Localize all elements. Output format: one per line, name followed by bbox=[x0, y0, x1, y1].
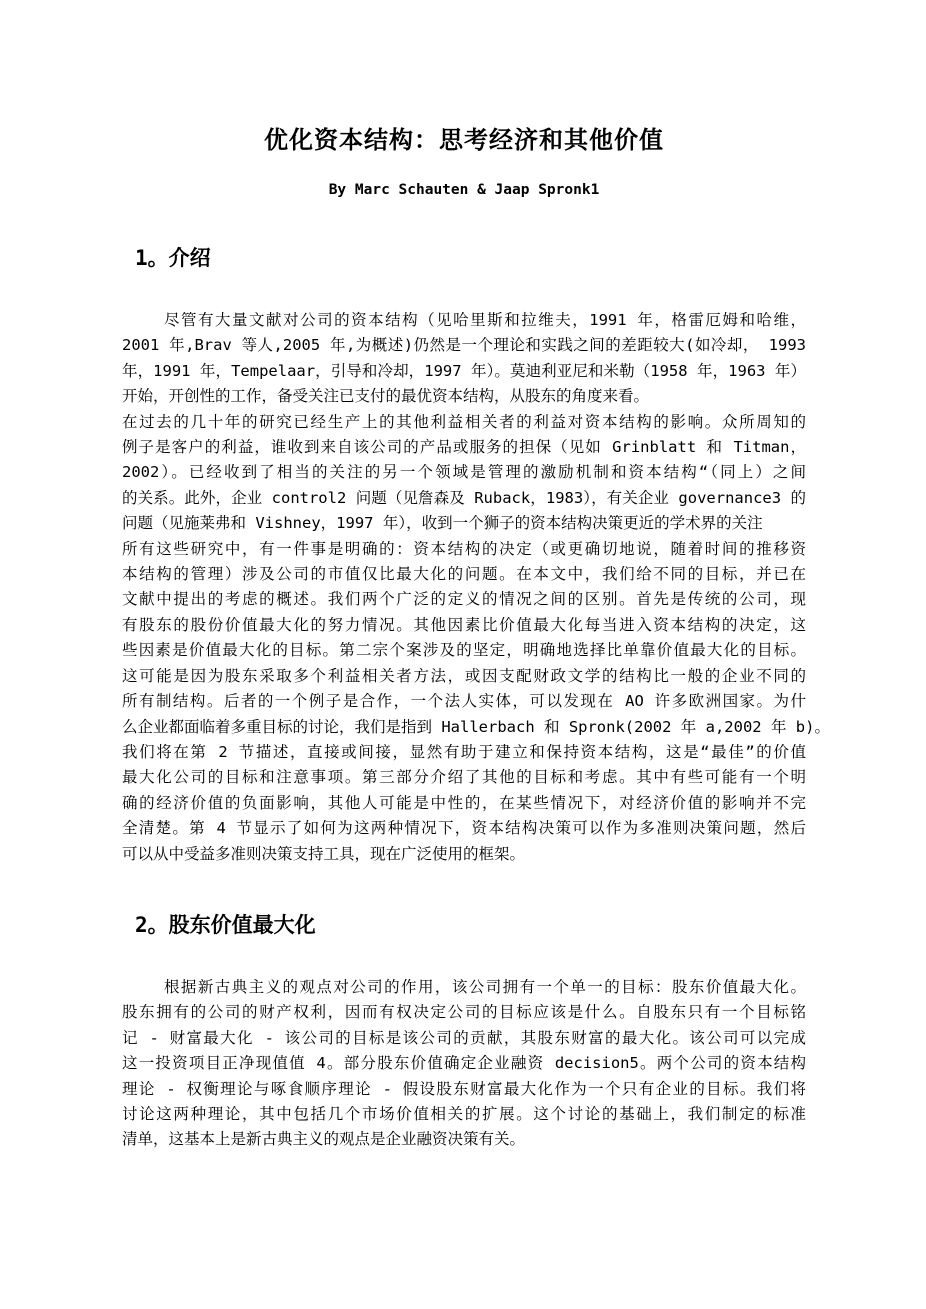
document-section: 2。股东价值最大化根据新古典主义的观点对公司的作用，该公司拥有一个单一的目标：股… bbox=[122, 911, 806, 1153]
document-title: 优化资本结构：思考经济和其他价值 bbox=[122, 124, 806, 156]
text-line: 这可能是因为股东采取多个利益相关者方法，或因支配财政文学的结构比一般的企业不同的 bbox=[122, 664, 806, 689]
text-line: 所有制结构。后者的一个例子是合作，一个法人实体，可以发现在 AO 许多欧洲国家。… bbox=[122, 689, 806, 714]
paragraph: 根据新古典主义的观点对公司的作用，该公司拥有一个单一的目标：股东价值最大化。股东… bbox=[122, 975, 806, 1153]
document-section: 1。介绍尽管有大量文献对公司的资本结构（见哈里斯和拉维夫，1991 年，格雷厄姆… bbox=[122, 244, 806, 867]
section-heading: 2。股东价值最大化 bbox=[122, 911, 806, 939]
text-line: 例子是客户的利益，谁收到来自该公司的产品或服务的担保（见如 Grinblatt … bbox=[122, 435, 806, 460]
text-line: 股东拥有的公司的财产权利，因而有权决定公司的目标应该是什么。自股东只有一个目标铭 bbox=[122, 1000, 806, 1025]
text-line: 所有这些研究中，有一件事是明确的：资本结构的决定（或更确切地说，随着时间的推移资 bbox=[122, 537, 806, 562]
document-body: 1。介绍尽管有大量文献对公司的资本结构（见哈里斯和拉维夫，1991 年，格雷厄姆… bbox=[122, 244, 806, 1153]
text-line: 2002）。已经收到了相当的关注的另一个领域是管理的激励机制和资本结构“（同上）… bbox=[122, 460, 806, 485]
text-line: 这一投资项目正净现值值 4。部分股东价值确定企业融资 decision5。两个公… bbox=[122, 1051, 806, 1076]
text-line: 理论 - 权衡理论与啄食顺序理论 - 假设股东财富最大化作为一个只有企业的目标。… bbox=[122, 1077, 806, 1102]
text-line: 文献中提出的考虑的概述。我们两个广泛的定义的情况之间的区别。首先是传统的公司，现 bbox=[122, 587, 806, 612]
text-line: 本结构的管理）涉及公司的市值仅比最大化的问题。在本文中，我们给不同的目标，并已在 bbox=[122, 562, 806, 587]
text-line: 清单，这基本上是新古典主义的观点是企业融资决策有关。 bbox=[122, 1127, 806, 1152]
text-line: 讨论这两种理论，其中包括几个市场价值相关的扩展。这个讨论的基础上，我们制定的标准 bbox=[122, 1102, 806, 1127]
document-content: 优化资本结构：思考经济和其他价值 By Marc Schauten & Jaap… bbox=[122, 0, 806, 1153]
paragraph: 尽管有大量文献对公司的资本结构（见哈里斯和拉维夫，1991 年，格雷厄姆和哈维，… bbox=[122, 308, 806, 410]
text-line: 2001 年,Brav 等人,2005 年,为概述)仍然是一个理论和实践之间的差… bbox=[122, 333, 806, 358]
text-line: 最大化公司的目标和注意事项。第三部分介绍了其他的目标和考虑。其中有些可能有一个明 bbox=[122, 765, 806, 790]
text-line: 么企业都面临着多重目标的讨论，我们是指到 Hallerbach 和 Spronk… bbox=[122, 715, 806, 740]
text-line: 全清楚。第 4 节显示了如何为这两种情况下，资本结构决策可以作为多准则决策问题，… bbox=[122, 816, 806, 841]
text-line: 开始，开创性的工作，备受关注已支付的最优资本结构，从股东的角度来看。 bbox=[122, 384, 806, 409]
document-byline: By Marc Schauten & Jaap Spronk1 bbox=[122, 180, 806, 200]
text-line: 可以从中受益多准则决策支持工具，现在广泛使用的框架。 bbox=[122, 842, 806, 867]
section-heading: 1。介绍 bbox=[122, 244, 806, 272]
paragraph: 所有这些研究中，有一件事是明确的：资本结构的决定（或更确切地说，随着时间的推移资… bbox=[122, 537, 806, 867]
text-line: 年，1991 年，Tempelaar，引导和冷却，1997 年）。莫迪利亚尼和米… bbox=[122, 359, 806, 384]
paragraph: 在过去的几十年的研究已经生产上的其他利益相关者的利益对资本结构的影响。众所周知的… bbox=[122, 410, 806, 537]
text-line: 有股东的股份价值最大化的努力情况。其他因素比价值最大化每当进入资本结构的决定，这 bbox=[122, 613, 806, 638]
text-line: 些因素是价值最大化的目标。第二宗个案涉及的坚定，明确地选择比单靠价值最大化的目标… bbox=[122, 638, 806, 663]
text-line: 在过去的几十年的研究已经生产上的其他利益相关者的利益对资本结构的影响。众所周知的 bbox=[122, 410, 806, 435]
text-line: 问题（见施莱弗和 Vishney，1997 年），收到一个狮子的资本结构决策更近… bbox=[122, 511, 806, 536]
document-page: 优化资本结构：思考经济和其他价值 By Marc Schauten & Jaap… bbox=[0, 0, 926, 1309]
text-line: 根据新古典主义的观点对公司的作用，该公司拥有一个单一的目标：股东价值最大化。 bbox=[122, 975, 806, 1000]
text-line: 尽管有大量文献对公司的资本结构（见哈里斯和拉维夫，1991 年，格雷厄姆和哈维， bbox=[122, 308, 806, 333]
text-line: 的关系。此外，企业 control2 问题（见詹森及 Ruback，1983），… bbox=[122, 486, 806, 511]
text-line: 确的经济价值的负面影响，其他人可能是中性的，在某些情况下，对经济价值的影响并不完 bbox=[122, 791, 806, 816]
text-line: 记 - 财富最大化 - 该公司的目标是该公司的贡献，其股东财富的最大化。该公司可… bbox=[122, 1026, 806, 1051]
text-line: 我们将在第 2 节描述，直接或间接，显然有助于建立和保持资本结构，这是“最佳”的… bbox=[122, 740, 806, 765]
